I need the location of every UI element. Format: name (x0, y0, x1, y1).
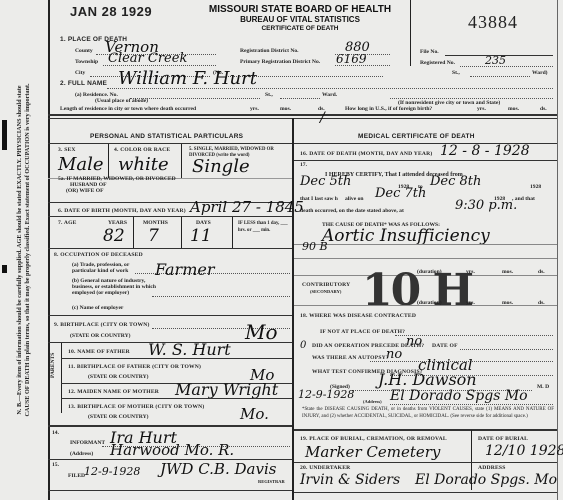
undertaker-label: 20. UNDERTAKER (300, 465, 350, 471)
margin-tab-mark (2, 120, 7, 150)
signed-date: 12-9-1928 (298, 388, 354, 401)
father-label: 10. NAME OF FATHER (68, 349, 130, 355)
city-ward-label: Ward) (532, 70, 548, 76)
full-name-label: 2. FULL NAME (60, 80, 107, 87)
race-label: 4. COLOR OR RACE (114, 147, 170, 153)
date-of-death-value: 12 - 8 - 1928 (440, 143, 530, 159)
burial-date-value: 12/10 1928 (485, 443, 563, 459)
row-line (294, 258, 557, 259)
burial-place-label: 19. PLACE OF BURIAL, CREMATION, OR REMOV… (300, 436, 447, 442)
operation-date-line (460, 349, 553, 350)
center-divider (292, 118, 294, 500)
us-mos-label: mos. (508, 106, 519, 112)
age-months: 7 (148, 226, 159, 246)
death-certificate: N. B.—Every item of information should b… (0, 0, 563, 500)
row-line (48, 490, 292, 491)
frame-right (557, 0, 558, 500)
sex-label: 3. SEX (58, 147, 76, 153)
length-of-residence-label: Length of residence in city or town wher… (60, 106, 196, 112)
circle-mark: 0 (300, 340, 306, 351)
nonresident-line (390, 98, 553, 99)
mother-birthplace-value: Mo. (240, 405, 269, 423)
death-occurred-label: death occurred, on the date stated above… (300, 208, 404, 214)
personal-section-title: PERSONAL AND STATISTICAL PARTICULARS (90, 133, 243, 140)
informant-address-value: Harwood Mo. R. (110, 441, 234, 459)
physician-address-label: (Address) (363, 399, 382, 404)
mother-state-label: (STATE OR COUNTRY) (88, 414, 149, 420)
filed-label: FILED (68, 473, 85, 479)
age-label: 7. AGE (58, 220, 77, 226)
section-divider (48, 114, 557, 116)
age-years: 82 (103, 226, 125, 246)
contributory-label: CONTRIBUTORY (302, 282, 350, 288)
contributory-mos: mos. (502, 300, 513, 306)
last-saw-value: Dec 7th (375, 186, 426, 201)
registered-no-value: 235 (485, 54, 506, 67)
date-of-death-label: 16. DATE OF DEATH (MONTH, DAY AND YEAR) (300, 151, 432, 157)
occupation-label: 8. OCCUPATION OF DECEASED (54, 252, 143, 258)
registrar-signature: JWD C.B. Davis (160, 460, 276, 478)
col-divider (108, 144, 109, 178)
row-line (294, 160, 557, 161)
registered-no-line (460, 66, 553, 67)
stray-mark: / (320, 110, 325, 126)
row-line (61, 358, 292, 359)
undertaker-address-value: El Dorado Spgs. Mo (415, 472, 557, 488)
row-line (294, 429, 557, 431)
length-yrs-label: yrs. (250, 106, 259, 112)
margin-tab-mark (2, 265, 7, 273)
row-line (48, 425, 292, 427)
city-ward-line (470, 76, 530, 77)
physician-address: El Dorado Spgs Mo (390, 388, 528, 404)
how-long-us-label: How long in U.S., if of foreign birth? (345, 106, 432, 112)
row-line (294, 244, 557, 245)
birthplace-value: Mo (245, 320, 278, 344)
margin-instructions: N. B.—Every item of information should b… (4, 10, 44, 490)
occupation-a-label: (a) Trade, profession, or particular kin… (72, 262, 142, 274)
dob-value: April 27 - 1845 (190, 198, 304, 216)
margin-line-1: N. B.—Every item of information should b… (16, 15, 24, 485)
filed-date: 12-9-1928 (84, 465, 140, 478)
full-name-value: William F. Hurt (118, 68, 257, 89)
occupation-value: Farmer (155, 260, 215, 279)
file-no-label: File No. (420, 49, 439, 55)
race-value: white (118, 154, 169, 175)
township-value: Clear Creek (108, 51, 187, 66)
row-line (48, 315, 292, 316)
contributory-duration-label: (duration) (417, 300, 442, 306)
sex-value: Male (58, 154, 104, 175)
less-than-day-label: IF LESS than 1 day, ___ hrs. or ___ min. (238, 220, 290, 234)
contributory-ds: ds. (538, 300, 545, 306)
row-line (294, 492, 557, 493)
attended-to-year: 1928 (530, 184, 541, 190)
parents-label: PARENTS (50, 353, 56, 378)
item-17-number: 17. (300, 162, 307, 168)
primary-registration-value: 6169 (336, 52, 367, 66)
physician-address-line (390, 404, 553, 405)
mother-birthplace-label: 13. BIRTHPLACE OF MOTHER (CITY OR TOWN) (68, 404, 204, 410)
item-15-number: 15. (52, 462, 59, 468)
city-label: City (75, 70, 85, 76)
row-line (48, 143, 292, 144)
contributory-yrs: yrs. (466, 300, 475, 306)
age-days: 11 (190, 226, 212, 246)
row-line (61, 398, 292, 399)
mother-value: Mary Wright (175, 380, 278, 399)
secondary-label: (SECONDARY) (310, 289, 341, 294)
us-yrs-label: yrs. (477, 106, 486, 112)
md-label: M. D (537, 384, 549, 390)
father-birthplace-label: 11. BIRTHPLACE OF FATHER (CITY OR TOWN) (68, 364, 201, 370)
time-of-death: 9:30 p.m. (455, 198, 517, 213)
row-line (294, 462, 557, 463)
row-line (48, 216, 292, 217)
large-handwritten-mark: 10 H (362, 265, 472, 316)
margin-line-2: CAUSE OF DEATH in plain terms, so that i… (24, 15, 32, 485)
if-not-at-place-label: IF NOT AT PLACE OF DEATH? (320, 329, 405, 335)
spouse-label-3: (OR) WIFE OF (66, 188, 104, 194)
header-divider (410, 0, 411, 66)
usual-abode-note: (Usual place of abode) (95, 98, 148, 104)
certificate-number: 43884 (468, 12, 518, 33)
informant-label: INFORMANT (70, 440, 105, 446)
physician-signature: J.H. Dawson (378, 370, 477, 389)
item-14-number: 14. (52, 430, 59, 436)
col-divider (133, 217, 134, 248)
mother-label: 12. MAIDEN NAME OF MOTHER (68, 389, 159, 395)
burial-place-value: Marker Cemetery (305, 443, 440, 461)
informant-address-label: (Address) (70, 451, 93, 457)
township-label: Township (75, 59, 98, 65)
where-contracted-label: 18. WHERE WAS DISEASE CONTRACTED (300, 313, 416, 319)
dob-label: 6. DATE OF BIRTH (MONTH, DAY AND YEAR) (58, 208, 186, 214)
occupation-b-label: (b) General nature of industry, business… (72, 278, 162, 296)
birthplace-state-label: (STATE OR COUNTRY) (70, 333, 131, 339)
cause-value: Aortic Insufficiency (322, 226, 490, 246)
registrar-label: REGISTRAR (258, 479, 285, 484)
residence-line (130, 98, 260, 99)
row-line (48, 248, 292, 249)
county-label: County (75, 48, 93, 54)
col-divider (181, 144, 182, 178)
alive-on-label: alive on (345, 196, 364, 202)
occupation-c-label: (c) Name of employer (72, 305, 123, 311)
parents-divider (61, 343, 62, 413)
medical-section-title: MEDICAL CERTIFICATE OF DEATH (358, 133, 475, 140)
residence-ward-line (280, 98, 320, 99)
length-mos-label: mos. (280, 106, 291, 112)
city-st-label: St., (452, 70, 460, 76)
undertaker-address-label: ADDRESS (478, 465, 506, 471)
registration-district-label: Registration District No. (240, 48, 299, 54)
primary-registration-label: Primary Registration District No. (240, 59, 320, 65)
birthplace-label: 9. BIRTHPLACE (CITY OR TOWN) (54, 322, 150, 328)
undertaker-value: Irvin & Siders (300, 472, 400, 488)
attended-to: Dec 8th (430, 174, 481, 189)
duration-note: 90 B (302, 240, 328, 253)
section-divider (48, 118, 557, 119)
col-divider (181, 217, 182, 248)
received-stamp: JAN 28 1929 (70, 4, 152, 19)
col-divider (232, 217, 233, 248)
registered-no-label: Registered No. (420, 60, 455, 66)
last-saw-label: that I last saw h (300, 196, 338, 202)
father-value: W. S. Hurt (148, 340, 231, 359)
us-ds-label: ds. (540, 106, 547, 112)
residence-ward-label: Ward. (322, 92, 337, 98)
autopsy-value: no (386, 347, 402, 362)
footnote: *State the DISEASE CAUSING DEATH, or in … (302, 407, 554, 420)
residence-st-label: St., (265, 92, 273, 98)
father-state-label: (STATE OR COUNTRY) (88, 374, 149, 380)
occupation-b-line (152, 296, 290, 297)
header-title: MISSOURI STATE BOARD OF HEALTH (190, 4, 410, 15)
attended-from: Dec 5th (300, 174, 351, 189)
marital-value: Single (192, 156, 250, 177)
burial-date-label: DATE OF BURIAL (478, 436, 528, 442)
header-subtitle: BUREAU OF VITAL STATISTICS (190, 15, 410, 24)
header-doc-type: CERTIFICATE OF DEATH (190, 25, 410, 32)
operation-date-label: DATE OF (432, 343, 458, 349)
operation-value: no (406, 334, 422, 349)
